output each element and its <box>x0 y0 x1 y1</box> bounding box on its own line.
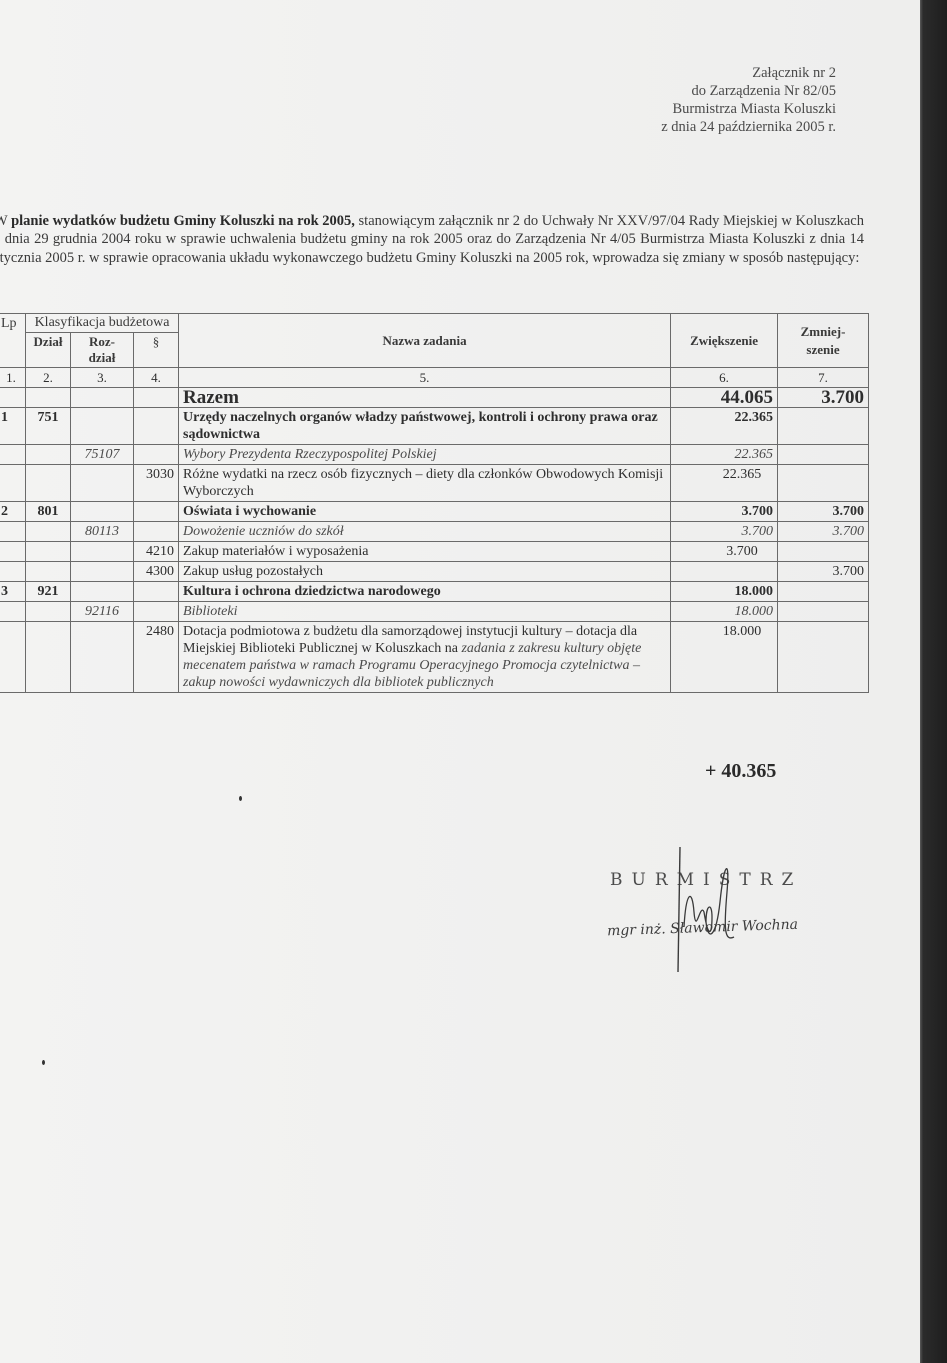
cell-zmniejszenie <box>778 445 869 465</box>
cell-paragraf <box>134 602 179 622</box>
cell-nazwa: Zakup materiałów i wyposażenia <box>179 542 671 562</box>
cell-paragraf <box>134 582 179 602</box>
cell-rozdzial <box>71 408 134 445</box>
cell-zwiekszenie: 22.365 <box>671 465 778 502</box>
table-row: 2801Oświata i wychowanie3.7003.700 <box>0 502 869 522</box>
column-number: 6. <box>671 368 778 388</box>
cell-zmniejszenie: 3.700 <box>778 522 869 542</box>
budget-changes-table: Lp Klasyfikacja budżetowa Nazwa zadania … <box>0 313 869 693</box>
total-decrease: 3.700 <box>778 388 869 408</box>
table-row: 3030Różne wydatki na rzecz osób fizyczny… <box>0 465 869 502</box>
cell-rozdzial <box>71 562 134 582</box>
cell-lp: 2 <box>0 502 26 522</box>
cell-paragraf: 2480 <box>134 622 179 693</box>
cell-zwiekszenie: 18.000 <box>671 582 778 602</box>
cell-lp <box>0 445 26 465</box>
cell-nazwa: Oświata i wychowanie <box>179 502 671 522</box>
column-number-row: 1. 2. 3. 4. 5. 6. 7. <box>0 368 869 388</box>
cell-rozdzial: 75107 <box>71 445 134 465</box>
col-header-lp: Lp <box>0 314 26 368</box>
col-header-rozdzial: Roz-dział <box>71 333 134 368</box>
column-number: 2. <box>26 368 71 388</box>
cell-dzial <box>26 622 71 693</box>
cell-paragraf <box>134 502 179 522</box>
cell-lp <box>0 562 26 582</box>
column-number: 5. <box>179 368 671 388</box>
cell-lp <box>0 622 26 693</box>
cell-zmniejszenie <box>778 465 869 502</box>
col-header-zwiekszenie: Zwiększenie <box>671 314 778 368</box>
header-line: Załącznik nr 2 <box>661 64 836 82</box>
cell-zmniejszenie: 3.700 <box>778 562 869 582</box>
attachment-header: Załącznik nr 2 do Zarządzenia Nr 82/05 B… <box>661 64 836 136</box>
table-row: 1751Urzędy naczelnych organów władzy pań… <box>0 408 869 445</box>
column-number: 7. <box>778 368 869 388</box>
cell-zwiekszenie: 18.000 <box>671 622 778 693</box>
cell-zwiekszenie <box>671 562 778 582</box>
cell-paragraf: 3030 <box>134 465 179 502</box>
column-number: 4. <box>134 368 179 388</box>
cell-paragraf: 4300 <box>134 562 179 582</box>
cell-zmniejszenie: 3.700 <box>778 502 869 522</box>
cell-paragraf: 4210 <box>134 542 179 562</box>
cell-rozdzial <box>71 502 134 522</box>
cell-zwiekszenie: 22.365 <box>671 445 778 465</box>
handwritten-signature <box>672 842 742 977</box>
cell-nazwa: Zakup usług pozostałych <box>179 562 671 582</box>
cell-rozdzial <box>71 582 134 602</box>
cell-nazwa: Wybory Prezydenta Rzeczypospolitej Polsk… <box>179 445 671 465</box>
cell-zmniejszenie <box>778 602 869 622</box>
table-row: 4210Zakup materiałów i wyposażenia3.700 <box>0 542 869 562</box>
col-header-klasyfikacja: Klasyfikacja budżetowa <box>26 314 179 333</box>
cell-dzial <box>26 522 71 542</box>
cell-zmniejszenie <box>778 622 869 693</box>
scan-speck <box>42 1060 45 1065</box>
scan-speck <box>239 796 242 801</box>
cell-lp: 3 <box>0 582 26 602</box>
table-row: 3921Kultura i ochrona dziedzictwa narodo… <box>0 582 869 602</box>
cell-paragraf <box>134 445 179 465</box>
cell-dzial <box>26 562 71 582</box>
table-row: 2480Dotacja podmiotowa z budżetu dla sam… <box>0 622 869 693</box>
cell-paragraf <box>134 408 179 445</box>
col-header-paragraf: § <box>134 333 179 368</box>
cell-nazwa: Kultura i ochrona dziedzictwa narodowego <box>179 582 671 602</box>
cell-zwiekszenie: 22.365 <box>671 408 778 445</box>
cell-lp <box>0 522 26 542</box>
column-number: 3. <box>71 368 134 388</box>
cell-dzial: 921 <box>26 582 71 602</box>
cell-nazwa: Dowożenie uczniów do szkół <box>179 522 671 542</box>
cell-lp <box>0 465 26 502</box>
table-row: 92116Biblioteki18.000 <box>0 602 869 622</box>
cell-nazwa: Różne wydatki na rzecz osób fizycznych –… <box>179 465 671 502</box>
cell-zwiekszenie: 3.700 <box>671 542 778 562</box>
cell-dzial: 751 <box>26 408 71 445</box>
cell-dzial <box>26 602 71 622</box>
cell-lp: 1 <box>0 408 26 445</box>
header-line: do Zarządzenia Nr 82/05 <box>661 82 836 100</box>
cell-dzial <box>26 445 71 465</box>
intro-paragraph: W planie wydatków budżetu Gminy Koluszki… <box>0 212 864 268</box>
cell-paragraf <box>134 522 179 542</box>
cell-lp <box>0 602 26 622</box>
cell-rozdzial: 80113 <box>71 522 134 542</box>
intro-bold: planie wydatków budżetu Gminy Koluszki n… <box>11 213 355 229</box>
cell-zmniejszenie <box>778 582 869 602</box>
col-header-nazwa: Nazwa zadania <box>179 314 671 368</box>
cell-nazwa: Urzędy naczelnych organów władzy państwo… <box>179 408 671 445</box>
col-header-dzial: Dział <box>26 333 71 368</box>
net-change-total: + 40.365 <box>705 760 776 783</box>
cell-rozdzial <box>71 542 134 562</box>
table-row: 80113Dowożenie uczniów do szkół3.7003.70… <box>0 522 869 542</box>
cell-dzial <box>26 465 71 502</box>
cell-nazwa: Dotacja podmiotowa z budżetu dla samorzą… <box>179 622 671 693</box>
cell-zwiekszenie: 3.700 <box>671 522 778 542</box>
total-label: Razem <box>179 388 671 408</box>
header-line: z dnia 24 października 2005 r. <box>661 118 836 136</box>
cell-rozdzial <box>71 622 134 693</box>
cell-rozdzial <box>71 465 134 502</box>
scanner-edge <box>920 0 947 1363</box>
intro-prefix: W <box>0 213 11 229</box>
cell-nazwa: Biblioteki <box>179 602 671 622</box>
cell-rozdzial: 92116 <box>71 602 134 622</box>
table-row: 75107Wybory Prezydenta Rzeczypospolitej … <box>0 445 869 465</box>
cell-zwiekszenie: 18.000 <box>671 602 778 622</box>
document-page: Załącznik nr 2 do Zarządzenia Nr 82/05 B… <box>0 0 920 1363</box>
cell-zwiekszenie: 3.700 <box>671 502 778 522</box>
cell-zmniejszenie <box>778 408 869 445</box>
cell-lp <box>0 542 26 562</box>
cell-dzial: 801 <box>26 502 71 522</box>
column-number: 1. <box>0 368 26 388</box>
col-header-zmniejszenie: Zmniej-szenie <box>778 314 869 368</box>
total-row: Razem 44.065 3.700 <box>0 388 869 408</box>
table-row: 4300Zakup usług pozostałych3.700 <box>0 562 869 582</box>
header-line: Burmistrza Miasta Koluszki <box>661 100 836 118</box>
cell-zmniejszenie <box>778 542 869 562</box>
cell-dzial <box>26 542 71 562</box>
total-increase: 44.065 <box>671 388 778 408</box>
